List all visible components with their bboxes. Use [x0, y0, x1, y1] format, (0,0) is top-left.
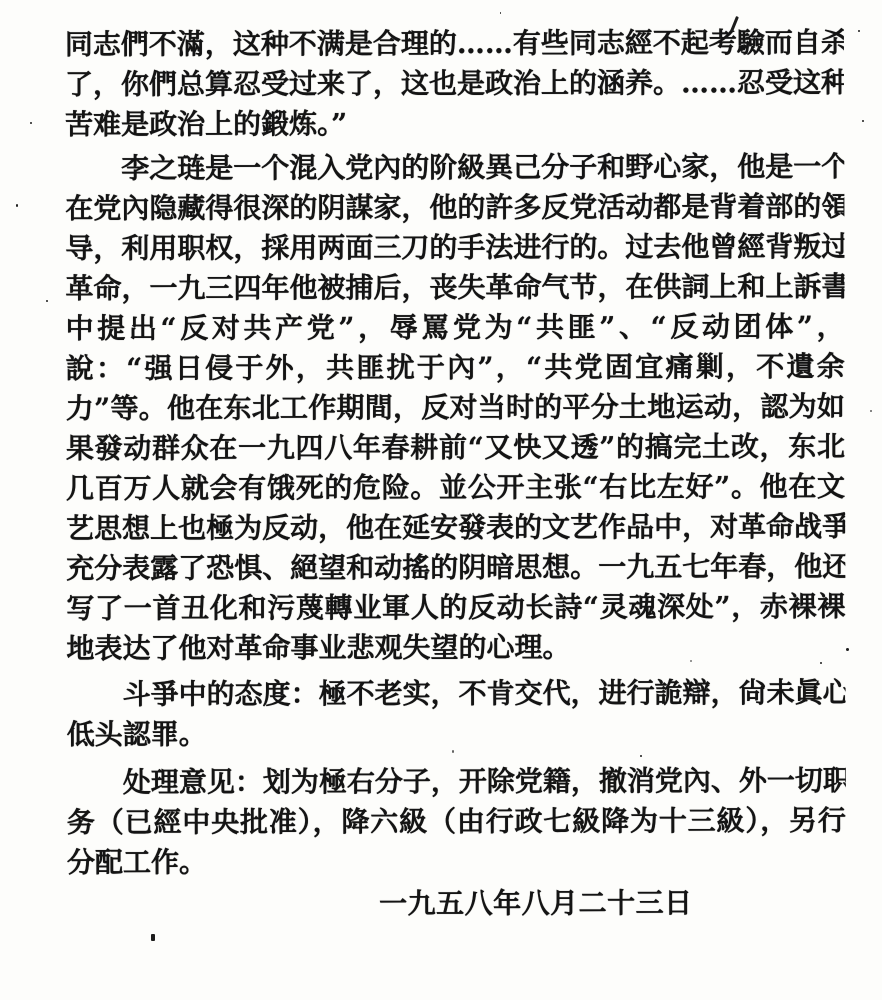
text-line: 务（已經中央批准），降六級（由行政七級降为十三級），另行: [67, 801, 846, 843]
text-line: 低头認罪。: [67, 713, 846, 755]
text-line: 同志們不滿，这种不满是合理的……有些同志經不起考驗而自杀: [65, 23, 844, 65]
text-line: 苦难是政治上的鍛炼。”: [65, 103, 844, 145]
document-text-block: 同志們不滿，这种不满是合理的……有些同志經不起考驗而自杀 了，你們总算忍受过来了…: [65, 23, 846, 925]
paragraph: 同志們不滿，这种不满是合理的……有些同志經不起考驗而自杀 了，你們总算忍受过来了…: [65, 23, 844, 145]
text-line: 地表达了他对革命事业悲观失望的心理。: [66, 627, 845, 669]
text-line: 充分表露了恐惧、絕望和动搖的阴暗思想。一九五七年春，他还: [66, 547, 845, 589]
scan-speck: [858, 30, 860, 32]
text-line: 了，你們总算忍受过来了，这也是政治上的涵养。……忍受这种: [65, 63, 844, 105]
text-line: 斗爭中的态度：極不老实，不肯交代，进行詭辯，尙未眞心: [67, 673, 846, 715]
scan-speck: [870, 410, 872, 412]
paragraph: 处理意见：划为極右分子，开除党籍，撤消党內、外一切职 务（已經中央批准），降六級…: [67, 761, 846, 883]
scan-speck: [30, 122, 32, 124]
text-line: 导，利用职权，採用两面三刀的手法进行的。过去他曾經背叛过: [65, 227, 844, 269]
paragraph: 李之琏是一个混入党內的阶級異己分子和野心家，他是一个 在党內隐藏得很深的阴謀家，…: [65, 147, 845, 669]
scan-speck: [640, 755, 642, 757]
scan-speck: [283, 118, 285, 120]
text-line: 力”等。他在东北工作期間，反对当时的平分土地运动，認为如: [66, 387, 845, 429]
scan-speck: [862, 120, 864, 122]
text-line: 分配工作。: [67, 841, 846, 883]
text-line: 处理意见：划为極右分子，开除党籍，撤消党內、外一切职: [67, 761, 846, 803]
scan-speck: [151, 934, 155, 941]
text-line: 李之琏是一个混入党內的阶級異己分子和野心家，他是一个: [65, 147, 844, 189]
scan-speck: [46, 300, 48, 302]
scanned-document-page: 同志們不滿，这种不满是合理的……有些同志經不起考驗而自杀 了，你們总算忍受过来了…: [0, 0, 882, 1000]
text-line: 果發动群众在一九四八年春耕前“又快又透”的搞完土改，东北: [66, 427, 845, 469]
text-line: 在党內隐藏得很深的阴謀家，他的許多反党活动都是背着部的領: [65, 187, 844, 229]
paragraph: 斗爭中的态度：極不老实，不肯交代，进行詭辯，尙未眞心 低头認罪。: [67, 673, 846, 755]
date-line: 一九五八年八月二十三日: [67, 883, 846, 925]
scan-speck: [452, 750, 454, 753]
text-line: 艺思想上也極为反动，他在延安發表的文艺作品中，对革命战爭: [66, 507, 845, 549]
text-line: 革命，一九三四年他被捕后，丧失革命气节，在供詞上和上訴書: [65, 267, 844, 309]
scan-speck: [500, 12, 501, 14]
scan-speck: [16, 204, 18, 207]
text-line: 中提出“反对共产党”，辱罵党为“共匪”、“反动团体”，: [66, 307, 845, 349]
text-line: 几百万人就会有饿死的危险。並公开主张“右比左好”。他在文: [66, 467, 845, 509]
scan-speck: [820, 662, 822, 664]
scan-speck: [846, 648, 849, 651]
scan-speck: [690, 660, 692, 662]
text-line: 写了一首丑化和污蔑轉业軍人的反动长詩“灵魂深处”，赤裸裸: [66, 587, 845, 629]
text-line: 說：“强日侵于外，共匪扰于內”，“共党固宜痛剿，不遺余: [66, 347, 845, 389]
